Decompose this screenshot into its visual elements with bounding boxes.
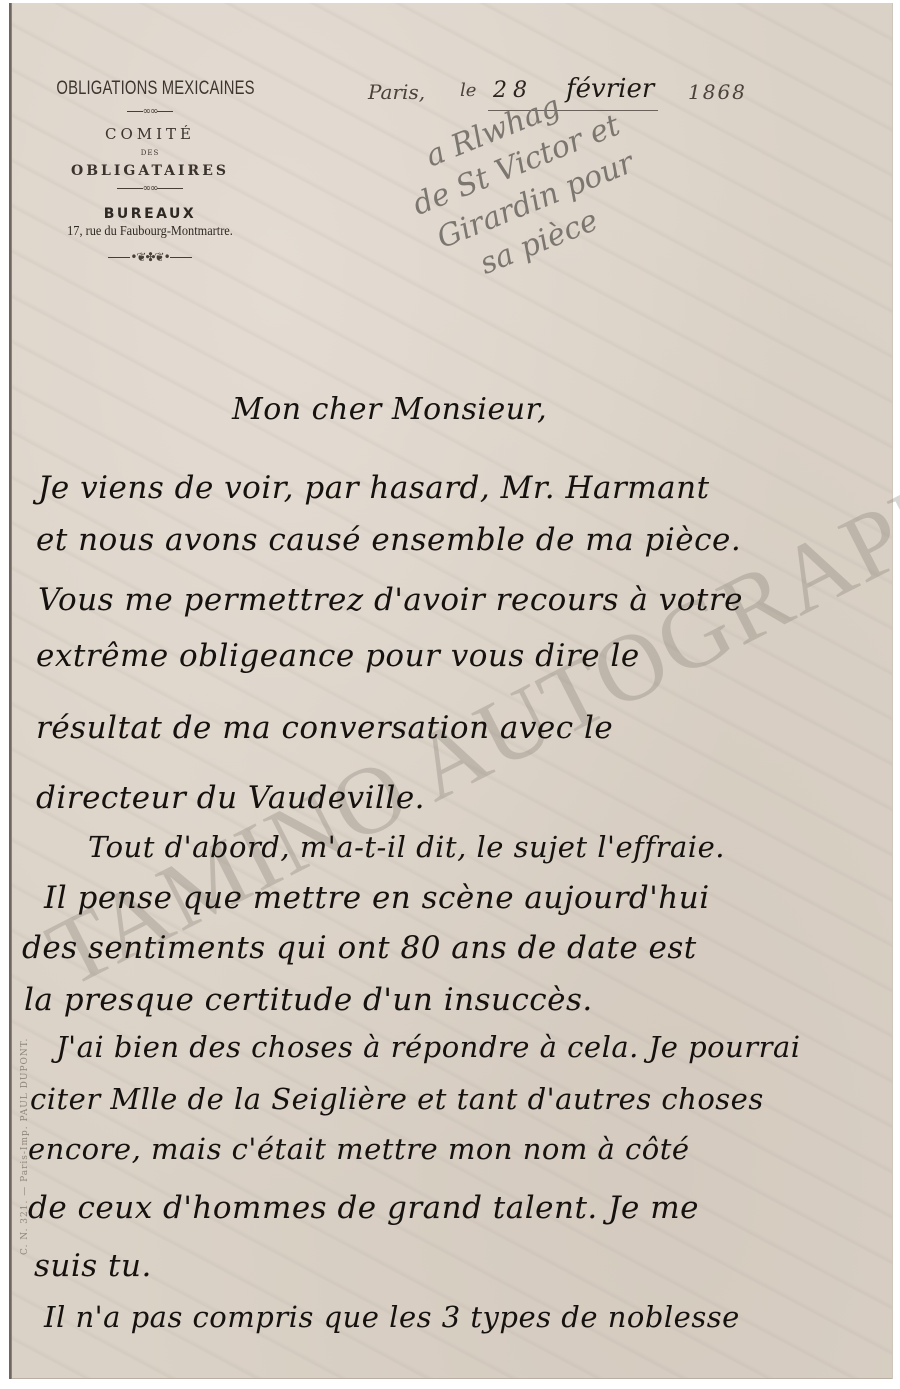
- letter-line: Je viens de voir, par hasard, Mr. Harman…: [38, 470, 710, 506]
- letter-line: directeur du Vaudeville.: [36, 780, 425, 816]
- letter-line: la presque certitude d'un insuccès.: [24, 982, 593, 1018]
- ornament-fleuron-icon: •❦✤❦•: [30, 250, 270, 264]
- letter-line: extrême obligeance pour vous dire le: [36, 638, 640, 674]
- letter-salutation: Mon cher Monsieur,: [232, 392, 547, 427]
- letter-line: Il pense que mettre en scène aujourd'hui: [44, 880, 710, 916]
- letter-line: Il n'a pas compris que les 3 types de no…: [44, 1300, 740, 1334]
- letterhead-address: 17, rue du Faubourg-Montmartre.: [44, 224, 255, 240]
- letter-line: des sentiments qui ont 80 ans de date es…: [22, 930, 697, 966]
- letter-line: encore, mais c'était mettre mon nom à cô…: [28, 1132, 690, 1166]
- letterhead-comite: COMITÉ: [30, 125, 270, 143]
- letterhead: OBLIGATIONS MEXICAINES ∞∞ COMITÉ DES OBL…: [30, 78, 270, 264]
- date-place: Paris,: [368, 80, 425, 104]
- letterhead-obligataires: OBLIGATAIRES: [30, 163, 270, 179]
- printer-imprint: C. N. 321. — Paris-Imp. PAUL DUPONT.: [20, 1038, 30, 1255]
- letter-line: Vous me permettrez d'avoir recours à vot…: [38, 582, 743, 618]
- letter-line: et nous avons causé ensemble de ma pièce…: [36, 522, 741, 558]
- date-year: 1868: [688, 80, 747, 104]
- letter-line: Tout d'abord, m'a-t-il dit, le sujet l'e…: [88, 830, 725, 864]
- letterhead-des: DES: [30, 149, 270, 157]
- ornament-knot-icon: ∞∞: [30, 106, 270, 117]
- ornament-knot-icon: ∞∞: [30, 183, 270, 194]
- letterhead-title: OBLIGATIONS MEXICAINES: [56, 78, 243, 100]
- letterhead-bureaux: BUREAUX: [30, 206, 270, 222]
- letter-line: résultat de ma conversation avec le: [36, 710, 613, 746]
- letter-line: citer Mlle de la Seiglière et tant d'aut…: [30, 1082, 764, 1116]
- letter-line: J'ai bien des choses à répondre à cela. …: [56, 1030, 801, 1064]
- letter-line: suis tu.: [34, 1248, 152, 1284]
- date-le: le: [460, 80, 476, 101]
- letter-line: de ceux d'hommes de grand talent. Je me: [28, 1190, 699, 1226]
